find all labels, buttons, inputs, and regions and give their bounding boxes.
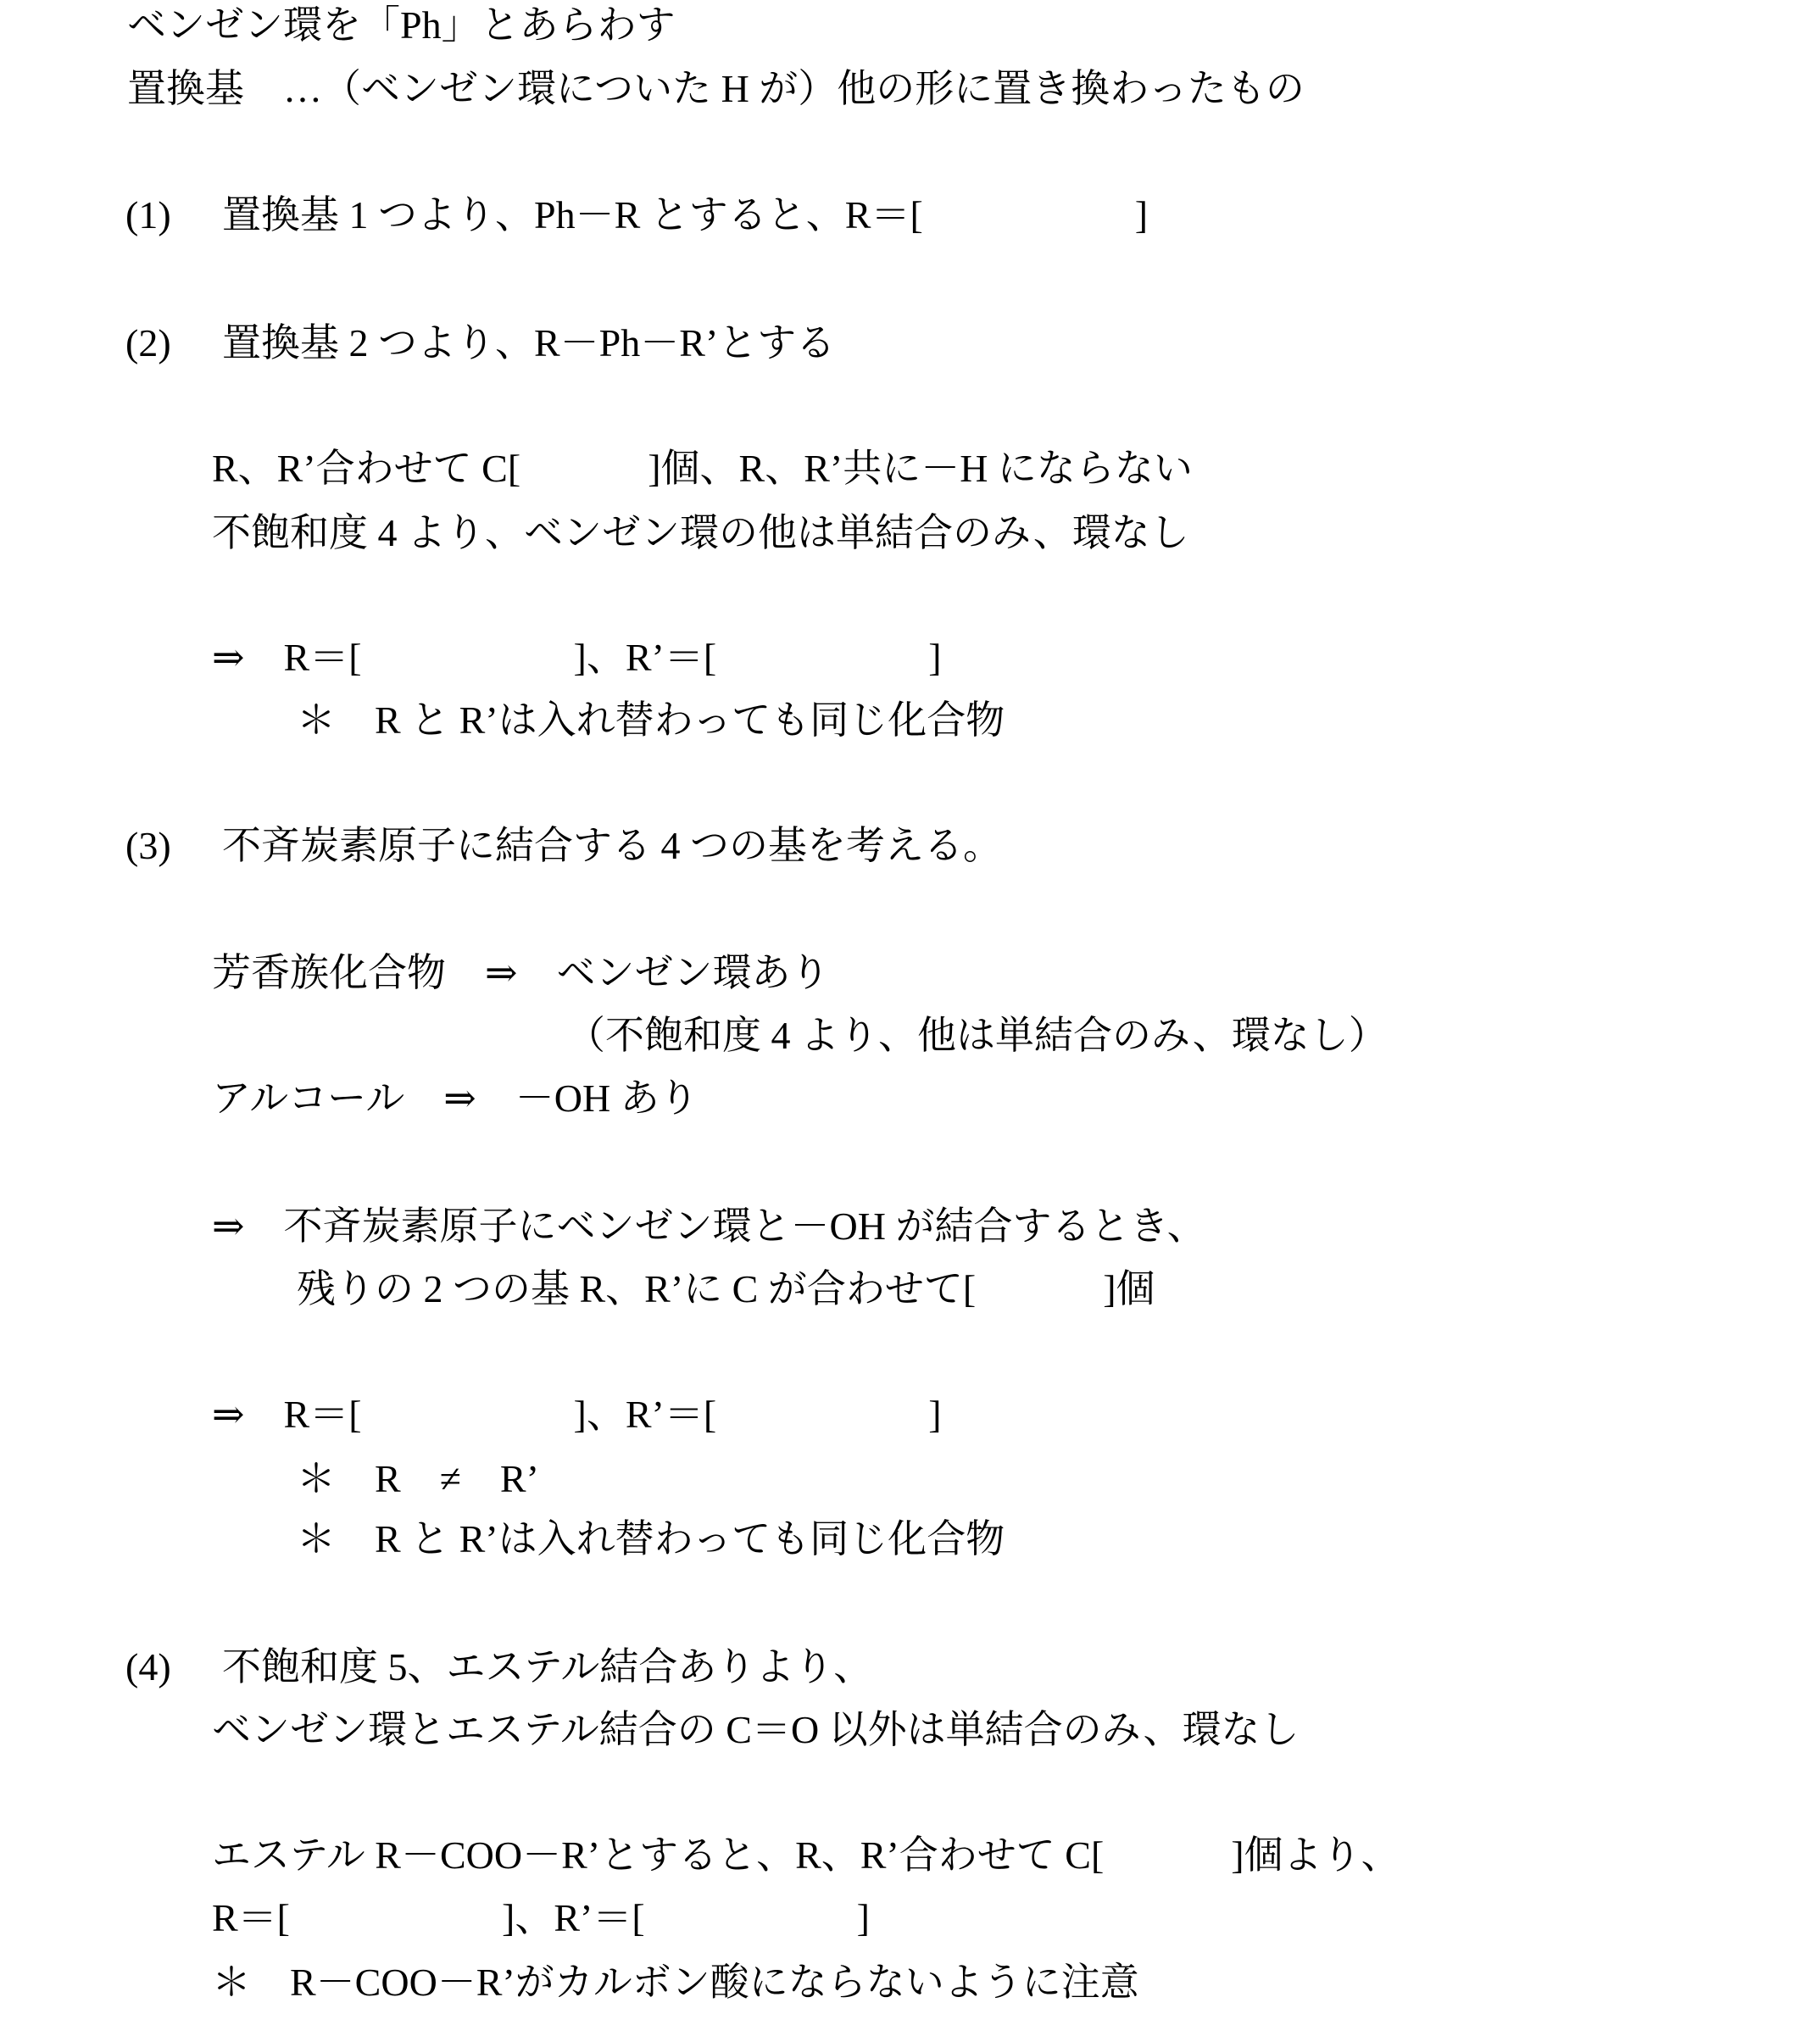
intro-line-1: ベンゼン環を「Ph」とあらわす xyxy=(127,0,676,51)
answer-r-label: R＝[ xyxy=(284,636,362,679)
question-3-note-2: ＊ R と R’は入れ替わっても同じ化合物 xyxy=(297,1514,1005,1565)
answer-r-label: R＝[ xyxy=(284,1393,362,1436)
question-2-label: (2) xyxy=(125,318,171,369)
question-3-note-1: ＊ R ≠ R’ xyxy=(297,1454,539,1505)
question-3-then-line-1: ⇒ 不斉炭素原子にベンゼン環と－OH が結合するとき、 xyxy=(212,1201,1206,1252)
question-2-carbon-count-line: R、R’合わせて C[]個、R、R’共に－H にならない xyxy=(212,443,1193,494)
answer-close-bracket: ] xyxy=(928,1393,941,1436)
answer-close-bracket: ] xyxy=(928,636,941,679)
question-3-answer-line: ⇒ R＝[]、R’＝[] xyxy=(212,1389,942,1440)
question-4-structure-line: ベンゼン環とエステル結合の C＝O 以外は単結合のみ、環なし xyxy=(212,1705,1299,1755)
question-2-text: 置換基 2 つより、R－Ph－R’とする xyxy=(222,318,835,369)
question-4-note: ＊ R－COO－R’がカルボン酸にならないように注意 xyxy=(212,1957,1139,2008)
question-1-text-after: ] xyxy=(1135,193,1148,236)
question-3-alcohol-line: アルコール ⇒ －OH あり xyxy=(212,1073,699,1124)
answer-r-label: R＝[ xyxy=(212,1896,290,1939)
question-4-carbon-text-after: ]個より、 xyxy=(1231,1833,1400,1877)
question-2-note: ＊ R と R’は入れ替わっても同じ化合物 xyxy=(297,695,1005,746)
question-4-text: 不飽和度 5、エステル結合ありより、 xyxy=(222,1642,872,1693)
question-4-carbon-text-before: エステル R－COO－R’とすると、R、R’合わせて C[ xyxy=(212,1833,1104,1877)
implies-arrow: ⇒ xyxy=(212,1393,245,1436)
answer-r-prime-label: ]、R’＝[ xyxy=(574,1393,717,1436)
question-4-answer-line: R＝[]、R’＝[] xyxy=(212,1893,870,1944)
implies-arrow: ⇒ xyxy=(212,636,245,679)
question-3-text: 不斉炭素原子に結合する 4 つの基を考える。 xyxy=(222,821,1002,871)
answer-r-prime-label: ]、R’＝[ xyxy=(502,1896,645,1939)
question-2-answer-line: ⇒ R＝[]、R’＝[] xyxy=(212,632,942,683)
question-1-label: (1) xyxy=(125,190,171,241)
question-2-carbon-text-after: ]個、R、R’共に－H にならない xyxy=(648,447,1193,490)
question-2-unsaturation-line: 不飽和度 4 より、ベンゼン環の他は単結合のみ、環なし xyxy=(212,508,1189,559)
question-3-carbon-text-after: ]個 xyxy=(1103,1267,1155,1310)
question-4-ester-line: エステル R－COO－R’とすると、R、R’合わせて C[]個より、 xyxy=(212,1830,1400,1881)
question-1-text: 置換基 1 つより、Ph－R とすると、R＝[] xyxy=(222,190,1148,241)
question-3-aromatic-note: （不飽和度 4 より、他は単結合のみ、環なし） xyxy=(566,1010,1388,1061)
intro-line-2: 置換基 …（ベンゼン環についた H が）他の形に置き換わったもの xyxy=(127,64,1305,114)
answer-r-prime-label: ]、R’＝[ xyxy=(574,636,717,679)
question-3-aromatic-line: 芳香族化合物 ⇒ ベンゼン環あり xyxy=(212,948,830,999)
question-3-then-line-2: 残りの 2 つの基 R、R’に C が合わせて[]個 xyxy=(297,1264,1155,1315)
question-2-carbon-text-before: R、R’合わせて C[ xyxy=(212,447,520,490)
question-3-label: (3) xyxy=(125,821,171,871)
answer-close-bracket: ] xyxy=(857,1896,870,1939)
question-4-label: (4) xyxy=(125,1642,171,1693)
question-3-carbon-text-before: 残りの 2 つの基 R、R’に C が合わせて[ xyxy=(297,1267,976,1310)
question-1-text-before: 置換基 1 つより、Ph－R とすると、R＝[ xyxy=(222,193,923,236)
